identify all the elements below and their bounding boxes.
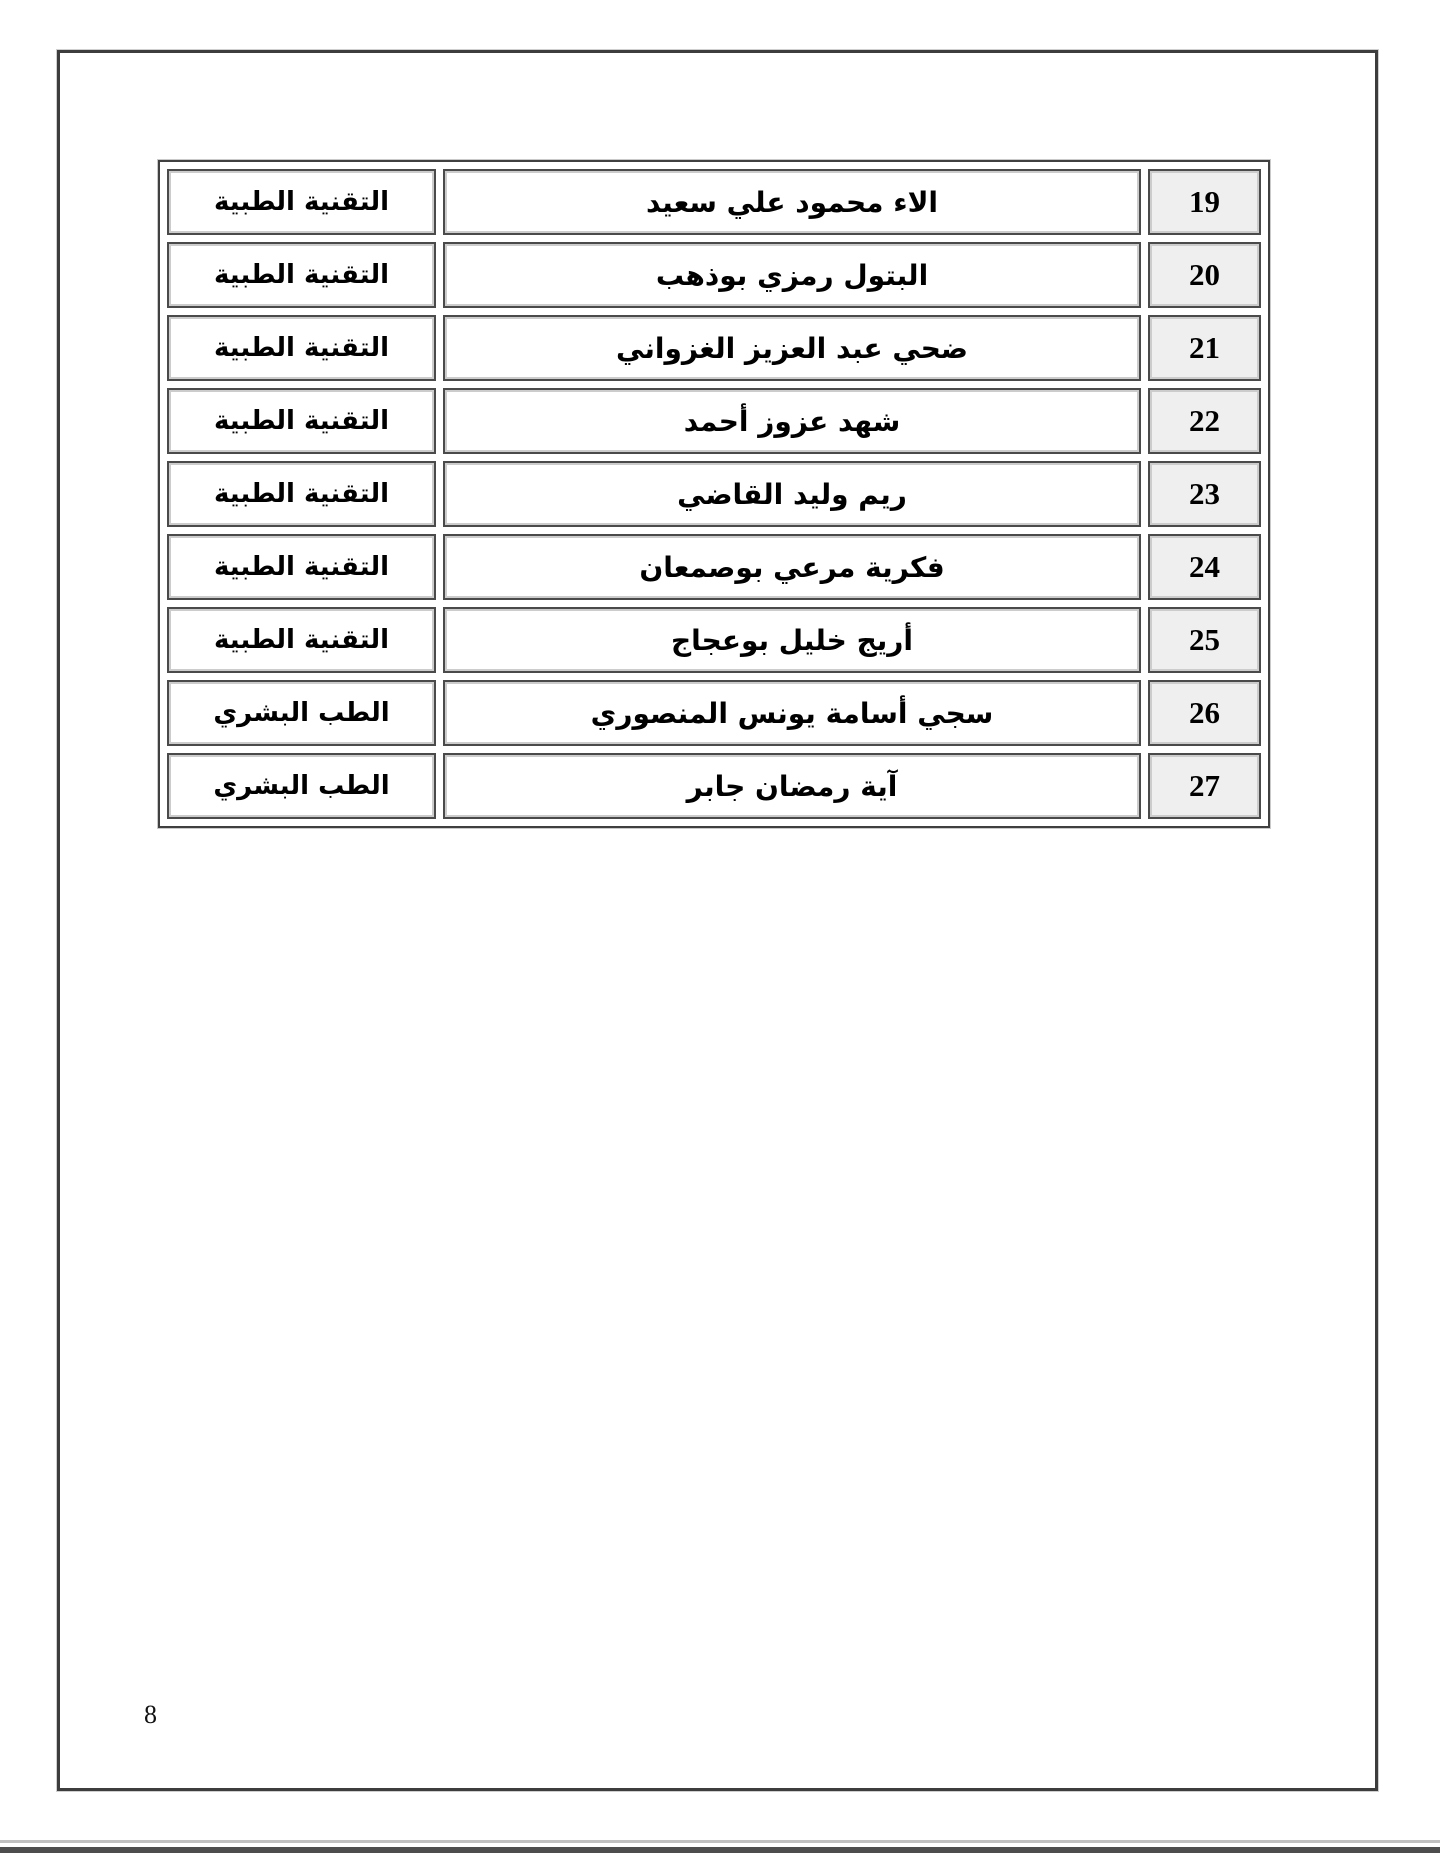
- cell-name: البتول رمزي بوذهب: [443, 242, 1141, 308]
- cell-department: التقنية الطبية: [167, 388, 436, 454]
- cell-department: التقنية الطبية: [167, 169, 436, 235]
- cell-number: 26: [1148, 680, 1261, 746]
- cell-name: فكرية مرعي بوصمعان: [443, 534, 1141, 600]
- students-table-container: 19 الاء محمود علي سعيد التقنية الطبية 20…: [158, 160, 1270, 828]
- cell-department: التقنية الطبية: [167, 461, 436, 527]
- table-row: 19 الاء محمود علي سعيد التقنية الطبية: [167, 169, 1261, 235]
- table-row: 26 سجي أسامة يونس المنصوري الطب البشري: [167, 680, 1261, 746]
- cell-number: 19: [1148, 169, 1261, 235]
- cell-number: 24: [1148, 534, 1261, 600]
- cell-number: 20: [1148, 242, 1261, 308]
- cell-name: الاء محمود علي سعيد: [443, 169, 1141, 235]
- table-row: 20 البتول رمزي بوذهب التقنية الطبية: [167, 242, 1261, 308]
- table-row: 22 شهد عزوز أحمد التقنية الطبية: [167, 388, 1261, 454]
- table-row: 25 أريج خليل بوعجاج التقنية الطبية: [167, 607, 1261, 673]
- cell-department: التقنية الطبية: [167, 315, 436, 381]
- cell-name: شهد عزوز أحمد: [443, 388, 1141, 454]
- cell-department: التقنية الطبية: [167, 534, 436, 600]
- table-row: 24 فكرية مرعي بوصمعان التقنية الطبية: [167, 534, 1261, 600]
- cell-number: 25: [1148, 607, 1261, 673]
- page-number: 8: [144, 1700, 157, 1730]
- cell-number: 22: [1148, 388, 1261, 454]
- cell-name: ريم وليد القاضي: [443, 461, 1141, 527]
- table-row: 21 ضحي عبد العزيز الغزواني التقنية الطبي…: [167, 315, 1261, 381]
- students-table: 19 الاء محمود علي سعيد التقنية الطبية 20…: [158, 160, 1270, 828]
- cell-department: الطب البشري: [167, 680, 436, 746]
- cell-department: الطب البشري: [167, 753, 436, 819]
- cell-name: ضحي عبد العزيز الغزواني: [443, 315, 1141, 381]
- cell-name: أريج خليل بوعجاج: [443, 607, 1141, 673]
- page-separator: [0, 1847, 1440, 1853]
- table-row: 23 ريم وليد القاضي التقنية الطبية: [167, 461, 1261, 527]
- cell-name: آية رمضان جابر: [443, 753, 1141, 819]
- cell-number: 21: [1148, 315, 1261, 381]
- cell-department: التقنية الطبية: [167, 607, 436, 673]
- cell-name: سجي أسامة يونس المنصوري: [443, 680, 1141, 746]
- cell-number: 23: [1148, 461, 1261, 527]
- document-page: 19 الاء محمود علي سعيد التقنية الطبية 20…: [0, 0, 1440, 1855]
- page-separator-highlight: [0, 1840, 1440, 1843]
- cell-number: 27: [1148, 753, 1261, 819]
- table-row: 27 آية رمضان جابر الطب البشري: [167, 753, 1261, 819]
- cell-department: التقنية الطبية: [167, 242, 436, 308]
